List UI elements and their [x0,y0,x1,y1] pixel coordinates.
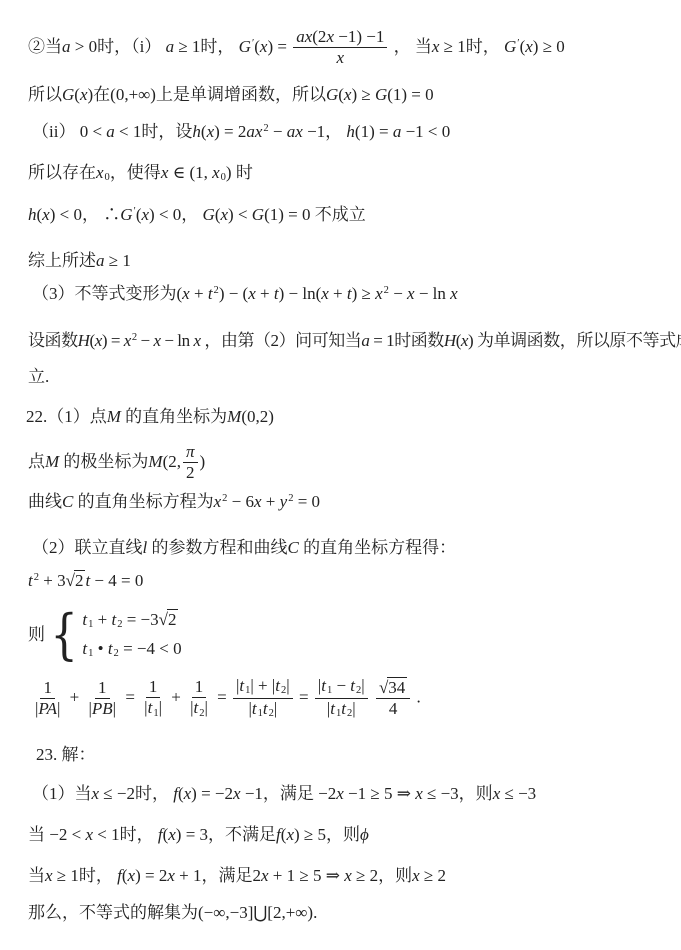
case-x-le-neg2-line: （1）当x ≤ −2时， f(x) = −2x −1，满足 −2x −1 ≥ 5… [32,783,536,804]
question-22-part1-line: 22.（1）点M 的直角坐标为M(0,2) [26,406,274,427]
system-equation-1: t1 + t2 = −3√2 [82,610,181,632]
vieta-system-line: 则 { t1 + t2 = −3√2 t1 • t2 = −4 < 0 [28,608,182,662]
quadratic-t-equation-line: t2 + 3√2t − 4 = 0 [28,570,143,591]
polar-coordinates-line: 点M 的极坐标为M(2,π2) [28,442,205,484]
solution-line-3: （ii） 0 < a < 1时，设h(x) = 2ax2 − ax −1， h(… [32,121,450,142]
question-23-header-line: 23. 解： [36,744,96,765]
document-page: ②当a > 0时，（i） a ≥ 1时， G′(x) = ax(2x −1) −… [0,0,681,950]
left-brace-glyph: { [50,608,77,662]
curve-equation-line: 曲线C 的直角坐标方程为x2 − 6x + y2 = 0 [28,491,320,512]
system-equation-2: t1 • t2 = −4 < 0 [82,639,181,661]
solution-line-5: h(x) < 0， ∴G′(x) < 0， G(x) < G(1) = 0 不成… [28,204,366,225]
question-22-part2-line: （2）联立直线l 的参数方程和曲线C 的直角坐标方程得： [32,537,456,558]
solution-line-7: （3）不等式变形为(x + t2) − (x + t) − ln(x + t) … [32,283,458,304]
case-middle-interval-line: 当 −2 < x < 1时， f(x) = 3，不满足f(x) ≥ 5，则ϕ [28,824,369,845]
solution-line-4: 所以存在x0，使得x ∈ (1, x0) 时 [28,162,253,184]
system-prefix: 则 [28,624,45,645]
solution-line-9: 立. [28,366,49,387]
solution-line-8: 设函数H(x) = x2 − x − ln x ，由第（2）问可知当a = 1时… [28,330,681,351]
solution-set-line: 那么，不等式的解集为(−∞,−3]⋃[2,+∞). [28,902,317,923]
system-equations: t1 + t2 = −3√2 t1 • t2 = −4 < 0 [82,610,181,661]
pa-pb-fraction-line: 1|PA| + 1|PB| = 1|t1| + 1|t2| = |t1| + |… [30,676,421,721]
case-x-ge-1-line: 当x ≥ 1时， f(x) = 2x + 1，满足2x + 1 ≥ 5 ⇒ x … [28,865,446,886]
solution-line-2: 所以G(x)在(0,+∞)上是单调增函数，所以G(x) ≥ G(1) = 0 [28,84,434,105]
solution-line-1: ②当a > 0时，（i） a ≥ 1时， G′(x) = ax(2x −1) −… [28,27,565,69]
solution-line-6: 综上所述a ≥ 1 [28,250,131,271]
